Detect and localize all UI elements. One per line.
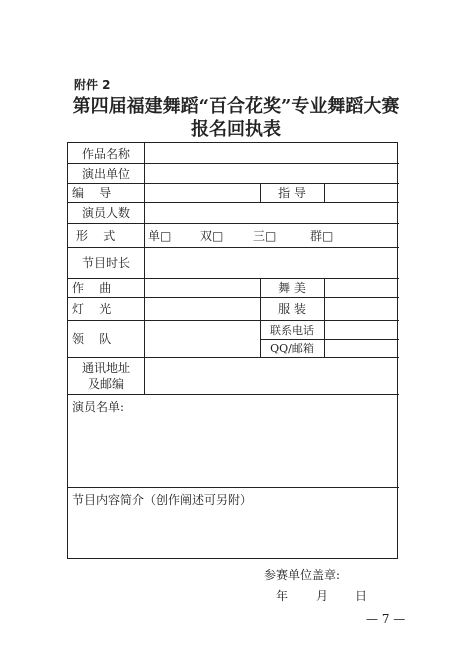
document-subtitle: 报名回执表 (0, 115, 472, 141)
date-day: 日 (355, 587, 367, 604)
director-field[interactable] (325, 183, 399, 202)
performer-count-field[interactable] (145, 202, 399, 223)
attachment-label: 附件 2 (74, 76, 111, 93)
label-program-intro: 节目内容简介（创作阐述可另附） (72, 491, 252, 508)
performer-list-field[interactable] (68, 413, 399, 487)
label-form-type: 形 式 (68, 223, 144, 247)
label-team-leader: 领 队 (68, 320, 144, 357)
program-intro-field[interactable] (68, 507, 399, 557)
phone-field[interactable] (325, 320, 399, 339)
label-work-name: 作品名称 (68, 143, 144, 163)
form-option-solo[interactable]: 单□ (148, 223, 188, 247)
label-duration: 节目时长 (68, 247, 144, 278)
label-address: 通讯地址 及邮编 (68, 357, 144, 394)
page-number: — 7 — (366, 612, 405, 626)
label-address-line1: 通讯地址 (82, 360, 130, 376)
lighting-field[interactable] (145, 297, 260, 320)
label-director: 指 导 (260, 183, 324, 202)
label-qq-email: QQ/邮箱 (260, 339, 324, 357)
label-address-line2: 及邮编 (88, 376, 124, 392)
composer-field[interactable] (145, 278, 260, 297)
stage-design-field[interactable] (325, 278, 399, 297)
performing-unit-field[interactable] (145, 163, 399, 183)
address-field[interactable] (145, 357, 399, 394)
registration-form-table: 作品名称 演出单位 编 导 指 导 演员人数 形 式 单□ 双□ 三□ 群□ 节… (67, 142, 398, 559)
work-name-field[interactable] (145, 143, 399, 163)
label-lighting: 灯 光 (68, 297, 144, 320)
label-stage-design: 舞 美 (260, 278, 324, 297)
label-costume: 服 装 (260, 297, 324, 320)
label-phone: 联系电话 (260, 320, 324, 339)
label-performer-count: 演员人数 (68, 202, 144, 223)
label-choreographer: 编 导 (68, 183, 144, 202)
form-option-duo[interactable]: 双□ (200, 223, 240, 247)
date-month: 月 (316, 587, 328, 604)
label-performing-unit: 演出单位 (68, 163, 144, 183)
label-composer: 作 曲 (68, 278, 144, 297)
choreographer-field[interactable] (145, 183, 260, 202)
seal-label: 参赛单位盖章: (264, 566, 340, 583)
costume-field[interactable] (325, 297, 399, 320)
date-year: 年 (276, 587, 288, 604)
form-option-group[interactable]: 群□ (310, 223, 350, 247)
team-leader-field[interactable] (145, 320, 260, 357)
form-option-trio[interactable]: 三□ (253, 223, 293, 247)
qq-email-field[interactable] (325, 339, 399, 357)
duration-field[interactable] (145, 247, 399, 278)
